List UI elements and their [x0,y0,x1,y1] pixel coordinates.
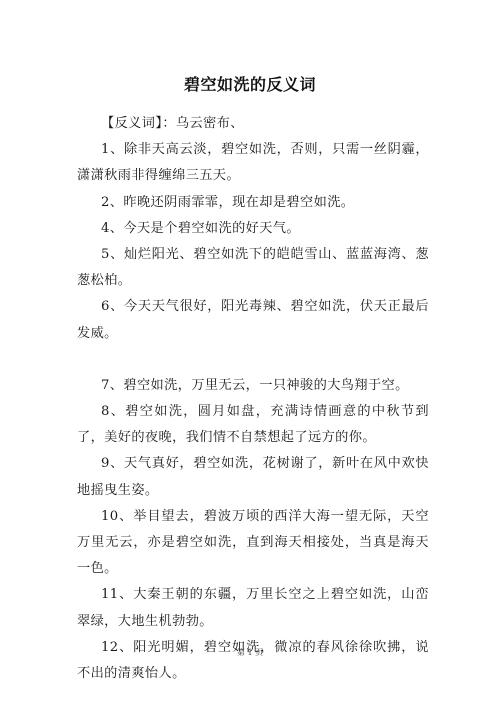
example-sentence-8: 8、碧空如洗，圆月如盘，充满诗情画意的中秋节到了，美好的夜晚，我们情不自禁想起了… [77,399,429,451]
example-sentence-7: 7、碧空如洗，万里无云，一只神骏的大鸟翔于空。 [77,373,429,399]
blank-line [77,347,429,373]
document-title: 碧空如洗的反义词 [0,72,500,95]
antonym-line: 【反义词】：乌云密布、 [77,111,429,137]
example-sentence-10: 10、举目望去，碧波万顷的西洋大海一望无际，天空万里无云，亦是碧空如洗，直到海天… [77,504,429,583]
example-sentence-1: 1、除非天高云淡，碧空如洗，否则，只需一丝阴霾，潇潇秋雨非得缠绵三五天。 [77,137,429,189]
example-sentence-4: 4、今天是个碧空如洗的好天气。 [77,216,429,242]
example-sentence-2: 2、昨晚还阴雨霏霏，现在却是碧空如洗。 [77,190,429,216]
page-number: 第 1 页 [0,647,500,658]
example-sentence-5: 5、灿烂阳光、碧空如洗下的皑皑雪山、蓝蓝海湾、葱葱松柏。 [77,242,429,294]
document-body: 【反义词】：乌云密布、 1、除非天高云淡，碧空如洗，否则，只需一丝阴霾，潇潇秋雨… [77,111,429,687]
example-sentence-12: 12、阳光明媚，碧空如洗，微凉的春风徐徐吹拂，说不出的清爽怡人。 [77,635,429,687]
example-sentence-6: 6、今天天气很好，阳光毒辣、碧空如洗，伏天正最后发威。 [77,294,429,346]
document-page: 碧空如洗的反义词 【反义词】：乌云密布、 1、除非天高云淡，碧空如洗，否则，只需… [0,0,500,708]
example-sentence-11: 11、大秦王朝的东疆，万里长空之上碧空如洗，山峦翠绿，大地生机勃勃。 [77,582,429,634]
example-sentence-9: 9、天气真好，碧空如洗，花树谢了，新叶在风中欢快地摇曳生姿。 [77,451,429,503]
